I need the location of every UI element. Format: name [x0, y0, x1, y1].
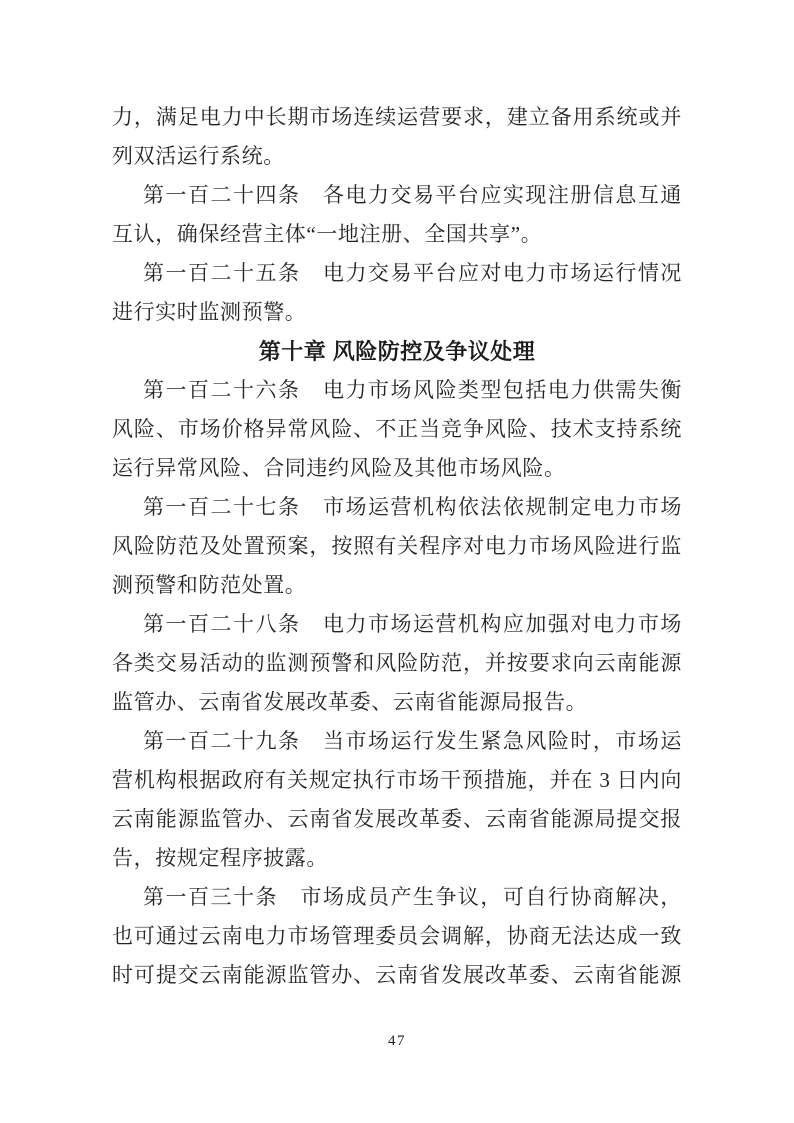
- text-line: 进行实时监测预警。: [112, 293, 682, 332]
- text-line: 风险防范及处置预案，按照有关程序对电力市场风险进行监: [112, 527, 682, 566]
- text-line: 时可提交云南能源监管办、云南省发展改革委、云南省能源: [112, 956, 682, 995]
- paragraph: 第一百三十条 市场成员产生争议，可自行协商解决，也可通过云南电力市场管理委员会调…: [112, 878, 682, 995]
- paragraph: 第一百二十九条 当市场运行发生紧急风险时，市场运营机构根据政府有关规定执行市场干…: [112, 722, 682, 878]
- page-number: 47: [0, 1031, 794, 1051]
- text-line: 第一百二十八条 电力市场运营机构应加强对电力市场: [112, 605, 682, 644]
- document-page: 力，满足电力中长期市场连续运营要求，建立备用系统或并列双活运行系统。第一百二十四…: [0, 0, 794, 1123]
- text-line: 力，满足电力中长期市场连续运营要求，建立备用系统或并: [112, 98, 682, 137]
- chapter-heading: 第十章 风险防控及争议处理: [112, 332, 682, 371]
- text-line: 也可通过云南电力市场管理委员会调解，协商无法达成一致: [112, 917, 682, 956]
- text-line: 各类交易活动的监测预警和风险防范，并按要求向云南能源: [112, 644, 682, 683]
- paragraph: 第一百二十七条 市场运营机构依法依规制定电力市场风险防范及处置预案，按照有关程序…: [112, 488, 682, 605]
- text-line: 运行异常风险、合同违约风险及其他市场风险。: [112, 449, 682, 488]
- text-line: 第一百二十四条 各电力交易平台应实现注册信息互通: [112, 176, 682, 215]
- paragraph: 第一百二十五条 电力交易平台应对电力市场运行情况进行实时监测预警。: [112, 254, 682, 332]
- paragraph: 第一百二十六条 电力市场风险类型包括电力供需失衡风险、市场价格异常风险、不正当竞…: [112, 371, 682, 488]
- text-line: 第一百二十九条 当市场运行发生紧急风险时，市场运: [112, 722, 682, 761]
- text-line: 风险、市场价格异常风险、不正当竞争风险、技术支持系统: [112, 410, 682, 449]
- text-line: 监管办、云南省发展改革委、云南省能源局报告。: [112, 683, 682, 722]
- text-line: 第一百三十条 市场成员产生争议，可自行协商解决，: [112, 878, 682, 917]
- document-content: 力，满足电力中长期市场连续运营要求，建立备用系统或并列双活运行系统。第一百二十四…: [112, 98, 682, 995]
- text-line: 告，按规定程序披露。: [112, 839, 682, 878]
- paragraph: 第一百二十四条 各电力交易平台应实现注册信息互通互认，确保经营主体“一地注册、全…: [112, 176, 682, 254]
- text-line: 第一百二十六条 电力市场风险类型包括电力供需失衡: [112, 371, 682, 410]
- text-line: 营机构根据政府有关规定执行市场干预措施，并在 3 日内向: [112, 761, 682, 800]
- text-line: 互认，确保经营主体“一地注册、全国共享”。: [112, 215, 682, 254]
- text-line: 云南能源监管办、云南省发展改革委、云南省能源局提交报: [112, 800, 682, 839]
- text-line: 列双活运行系统。: [112, 137, 682, 176]
- text-line: 测预警和防范处置。: [112, 566, 682, 605]
- paragraph: 第一百二十八条 电力市场运营机构应加强对电力市场各类交易活动的监测预警和风险防范…: [112, 605, 682, 722]
- paragraph: 力，满足电力中长期市场连续运营要求，建立备用系统或并列双活运行系统。: [112, 98, 682, 176]
- text-line: 第一百二十五条 电力交易平台应对电力市场运行情况: [112, 254, 682, 293]
- text-line: 第一百二十七条 市场运营机构依法依规制定电力市场: [112, 488, 682, 527]
